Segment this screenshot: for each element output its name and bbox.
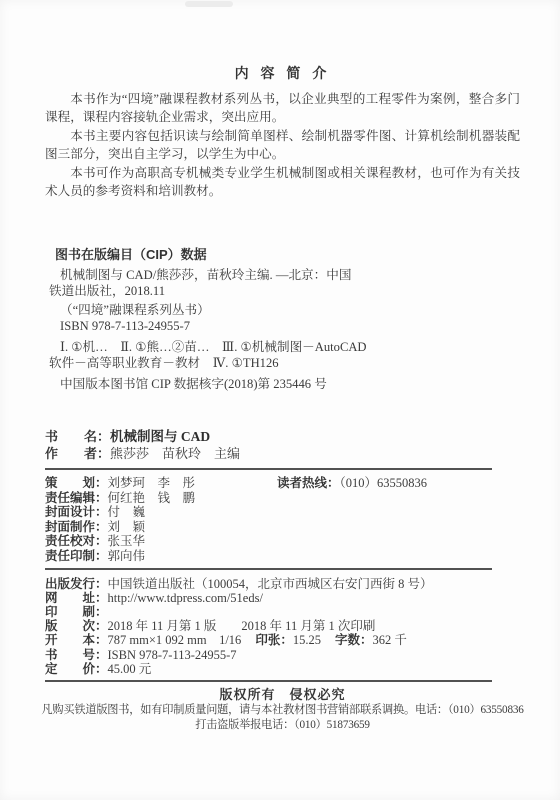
edition-label: 版 次： — [45, 619, 108, 633]
cover-design-value: 付 巍 — [108, 505, 146, 519]
book-author-row: 作 者：熊莎莎 苗秋玲 主编 — [45, 445, 520, 463]
price-row: 定 价：45.00 元 — [45, 662, 520, 676]
editor-value: 何红艳 钱 鹏 — [108, 491, 196, 505]
format-value: 787 mm×1 092 mm 1/16 — [108, 633, 242, 647]
price-value: 45.00 元 — [108, 662, 152, 676]
publisher-label: 出版发行： — [45, 577, 108, 591]
copyright-page: 内 容 简 介 本书作为“四境”融课程教材系列丛书，以企业典型的工程零件为案例，… — [0, 0, 560, 800]
book-author-value: 熊莎莎 苗秋玲 主编 — [110, 446, 240, 461]
cover-production-value: 刘 颖 — [108, 520, 146, 534]
sheets-value: 15.25 — [293, 633, 321, 647]
cip-class-line1: Ⅰ. ①机… Ⅱ. ①熊…②苗… Ⅲ. ①机械制图－AutoCAD — [49, 340, 520, 356]
book-info-section: 书 名：机械制图与 CAD 作 者：熊莎莎 苗秋玲 主编 — [45, 428, 520, 463]
sheets-label: 印张： — [255, 633, 293, 647]
intro-paragraph-3: 本书可作为高职高专机械类专业学生机械制图或相关课程教材，也可作为有关技术人员的参… — [45, 164, 520, 201]
hotline-value: （010）63550836 — [340, 476, 428, 490]
divider-rule-2 — [45, 568, 492, 570]
format-label: 开 本： — [45, 633, 108, 647]
staff-row-print-supervisor: 责任印制：郭向伟 — [45, 549, 520, 564]
cover-design-label: 封面设计： — [45, 505, 108, 519]
hotline-label: 读者热线： — [277, 476, 340, 490]
printer-row: 印 刷： — [45, 605, 520, 619]
edition-row: 版 次：2018 年 11 月第 1 版 2018 年 11 月第 1 次印刷 — [45, 619, 520, 633]
words-label: 字数： — [335, 633, 373, 647]
notice-line-2: 打击盗版举报电话：（010）51873659 — [33, 718, 532, 733]
cip-series: （“四境”融课程系列丛书） — [45, 303, 520, 319]
editor-label: 责任编辑： — [45, 491, 108, 505]
book-title-label: 书 名： — [45, 429, 110, 444]
publisher-value: 中国铁道出版社（100054，北京市西城区右安门西街 8 号） — [108, 577, 433, 591]
publisher-row: 出版发行：中国铁道出版社（100054，北京市西城区右安门西街 8 号） — [45, 577, 520, 591]
cip-classification: Ⅰ. ①机… Ⅱ. ①熊…②苗… Ⅲ. ①机械制图－AutoCAD 软件－高等职… — [45, 340, 520, 371]
cip-registry-number: 中国版本图书馆 CIP 数据核字(2018)第 235446 号 — [45, 377, 520, 393]
staff-row-cover-production: 封面制作：刘 颖 — [45, 520, 520, 535]
isbn-value: ISBN 978-7-113-24955-7 — [108, 648, 237, 662]
cip-record: 机械制图与 CAD/熊莎莎，苗秋玲主编. —北京：中国 铁道出版社，2018.1… — [45, 268, 520, 299]
planner-label: 策 划： — [45, 476, 108, 490]
staff-row-planner: 策 划：刘梦珂 李 彤 读者热线：（010）63550836 — [45, 476, 520, 491]
format-row: 开 本：787 mm×1 092 mm 1/16印张：15.25字数：362 千 — [45, 633, 520, 647]
isbn-row: 书 号：ISBN 978-7-113-24955-7 — [45, 648, 520, 662]
page-content: 内 容 简 介 本书作为“四境”融课程教材系列丛书，以企业典型的工程零件为案例，… — [0, 0, 560, 733]
price-label: 定 价： — [45, 662, 108, 676]
notice-title: 版权所有 侵权必究 — [33, 687, 532, 703]
cip-section: 图书在版编目（CIP）数据 机械制图与 CAD/熊莎莎，苗秋玲主编. —北京：中… — [45, 246, 520, 393]
cip-record-line1: 机械制图与 CAD/熊莎莎，苗秋玲主编. —北京：中国 — [49, 268, 520, 284]
proofreader-label: 责任校对： — [45, 534, 108, 548]
planner-value: 刘梦珂 李 彤 — [108, 476, 196, 490]
cover-production-label: 封面制作： — [45, 520, 108, 534]
copyright-notice: 版权所有 侵权必究 凡购买铁道版图书，如有印制质量问题，请与本社教材图书营销部联… — [33, 687, 532, 733]
staff-row-proofreader: 责任校对：张玉华 — [45, 534, 520, 549]
intro-paragraph-1: 本书作为“四境”融课程教材系列丛书，以企业典型的工程零件为案例，整合多门课程，课… — [45, 90, 520, 127]
cip-header: 图书在版编目（CIP）数据 — [55, 246, 520, 263]
intro-paragraph-2: 本书主要内容包括识读与绘制简单图样、绘制机器零件图、计算机绘制机器装配图三部分，… — [45, 127, 520, 164]
words-value: 362 千 — [372, 633, 406, 647]
staff-section: 策 划：刘梦珂 李 彤 读者热线：（010）63550836 责任编辑：何红艳 … — [45, 476, 520, 564]
reader-hotline: 读者热线：（010）63550836 — [277, 476, 427, 491]
intro-title: 内 容 简 介 — [45, 0, 520, 83]
cip-isbn: ISBN 978-7-113-24955-7 — [45, 319, 520, 335]
book-title-value: 机械制图与 CAD — [110, 429, 210, 444]
proofreader-value: 张玉华 — [108, 534, 146, 548]
edition-value: 2018 年 11 月第 1 版 2018 年 11 月第 1 次印刷 — [108, 619, 376, 633]
book-author-label: 作 者： — [45, 446, 110, 461]
website-row: 网 址：http://www.tdpress.com/51eds/ — [45, 591, 520, 605]
notice-line-1: 凡购买铁道版图书，如有印制质量问题，请与本社教材图书营销部联系调换。电话：（01… — [33, 703, 532, 718]
cip-class-line2: 软件－高等职业教育－教材 Ⅳ. ①TH126 — [49, 356, 520, 372]
scan-smudge — [185, 1, 233, 7]
cip-record-line2: 铁道出版社，2018.11 — [49, 284, 520, 300]
website-label: 网 址： — [45, 591, 108, 605]
printer-label: 印 刷： — [45, 605, 108, 619]
website-value: http://www.tdpress.com/51eds/ — [108, 591, 263, 605]
book-title-row: 书 名：机械制图与 CAD — [45, 428, 520, 446]
print-supervisor-label: 责任印制： — [45, 549, 108, 563]
staff-row-editor: 责任编辑：何红艳 钱 鹏 — [45, 491, 520, 506]
isbn-label: 书 号： — [45, 648, 108, 662]
divider-rule-3 — [45, 680, 492, 682]
staff-row-cover-design: 封面设计：付 巍 — [45, 505, 520, 520]
print-supervisor-value: 郭向伟 — [108, 549, 146, 563]
divider-rule-1 — [45, 468, 492, 470]
publishing-section: 出版发行：中国铁道出版社（100054，北京市西城区右安门西街 8 号） 网 址… — [45, 577, 520, 676]
